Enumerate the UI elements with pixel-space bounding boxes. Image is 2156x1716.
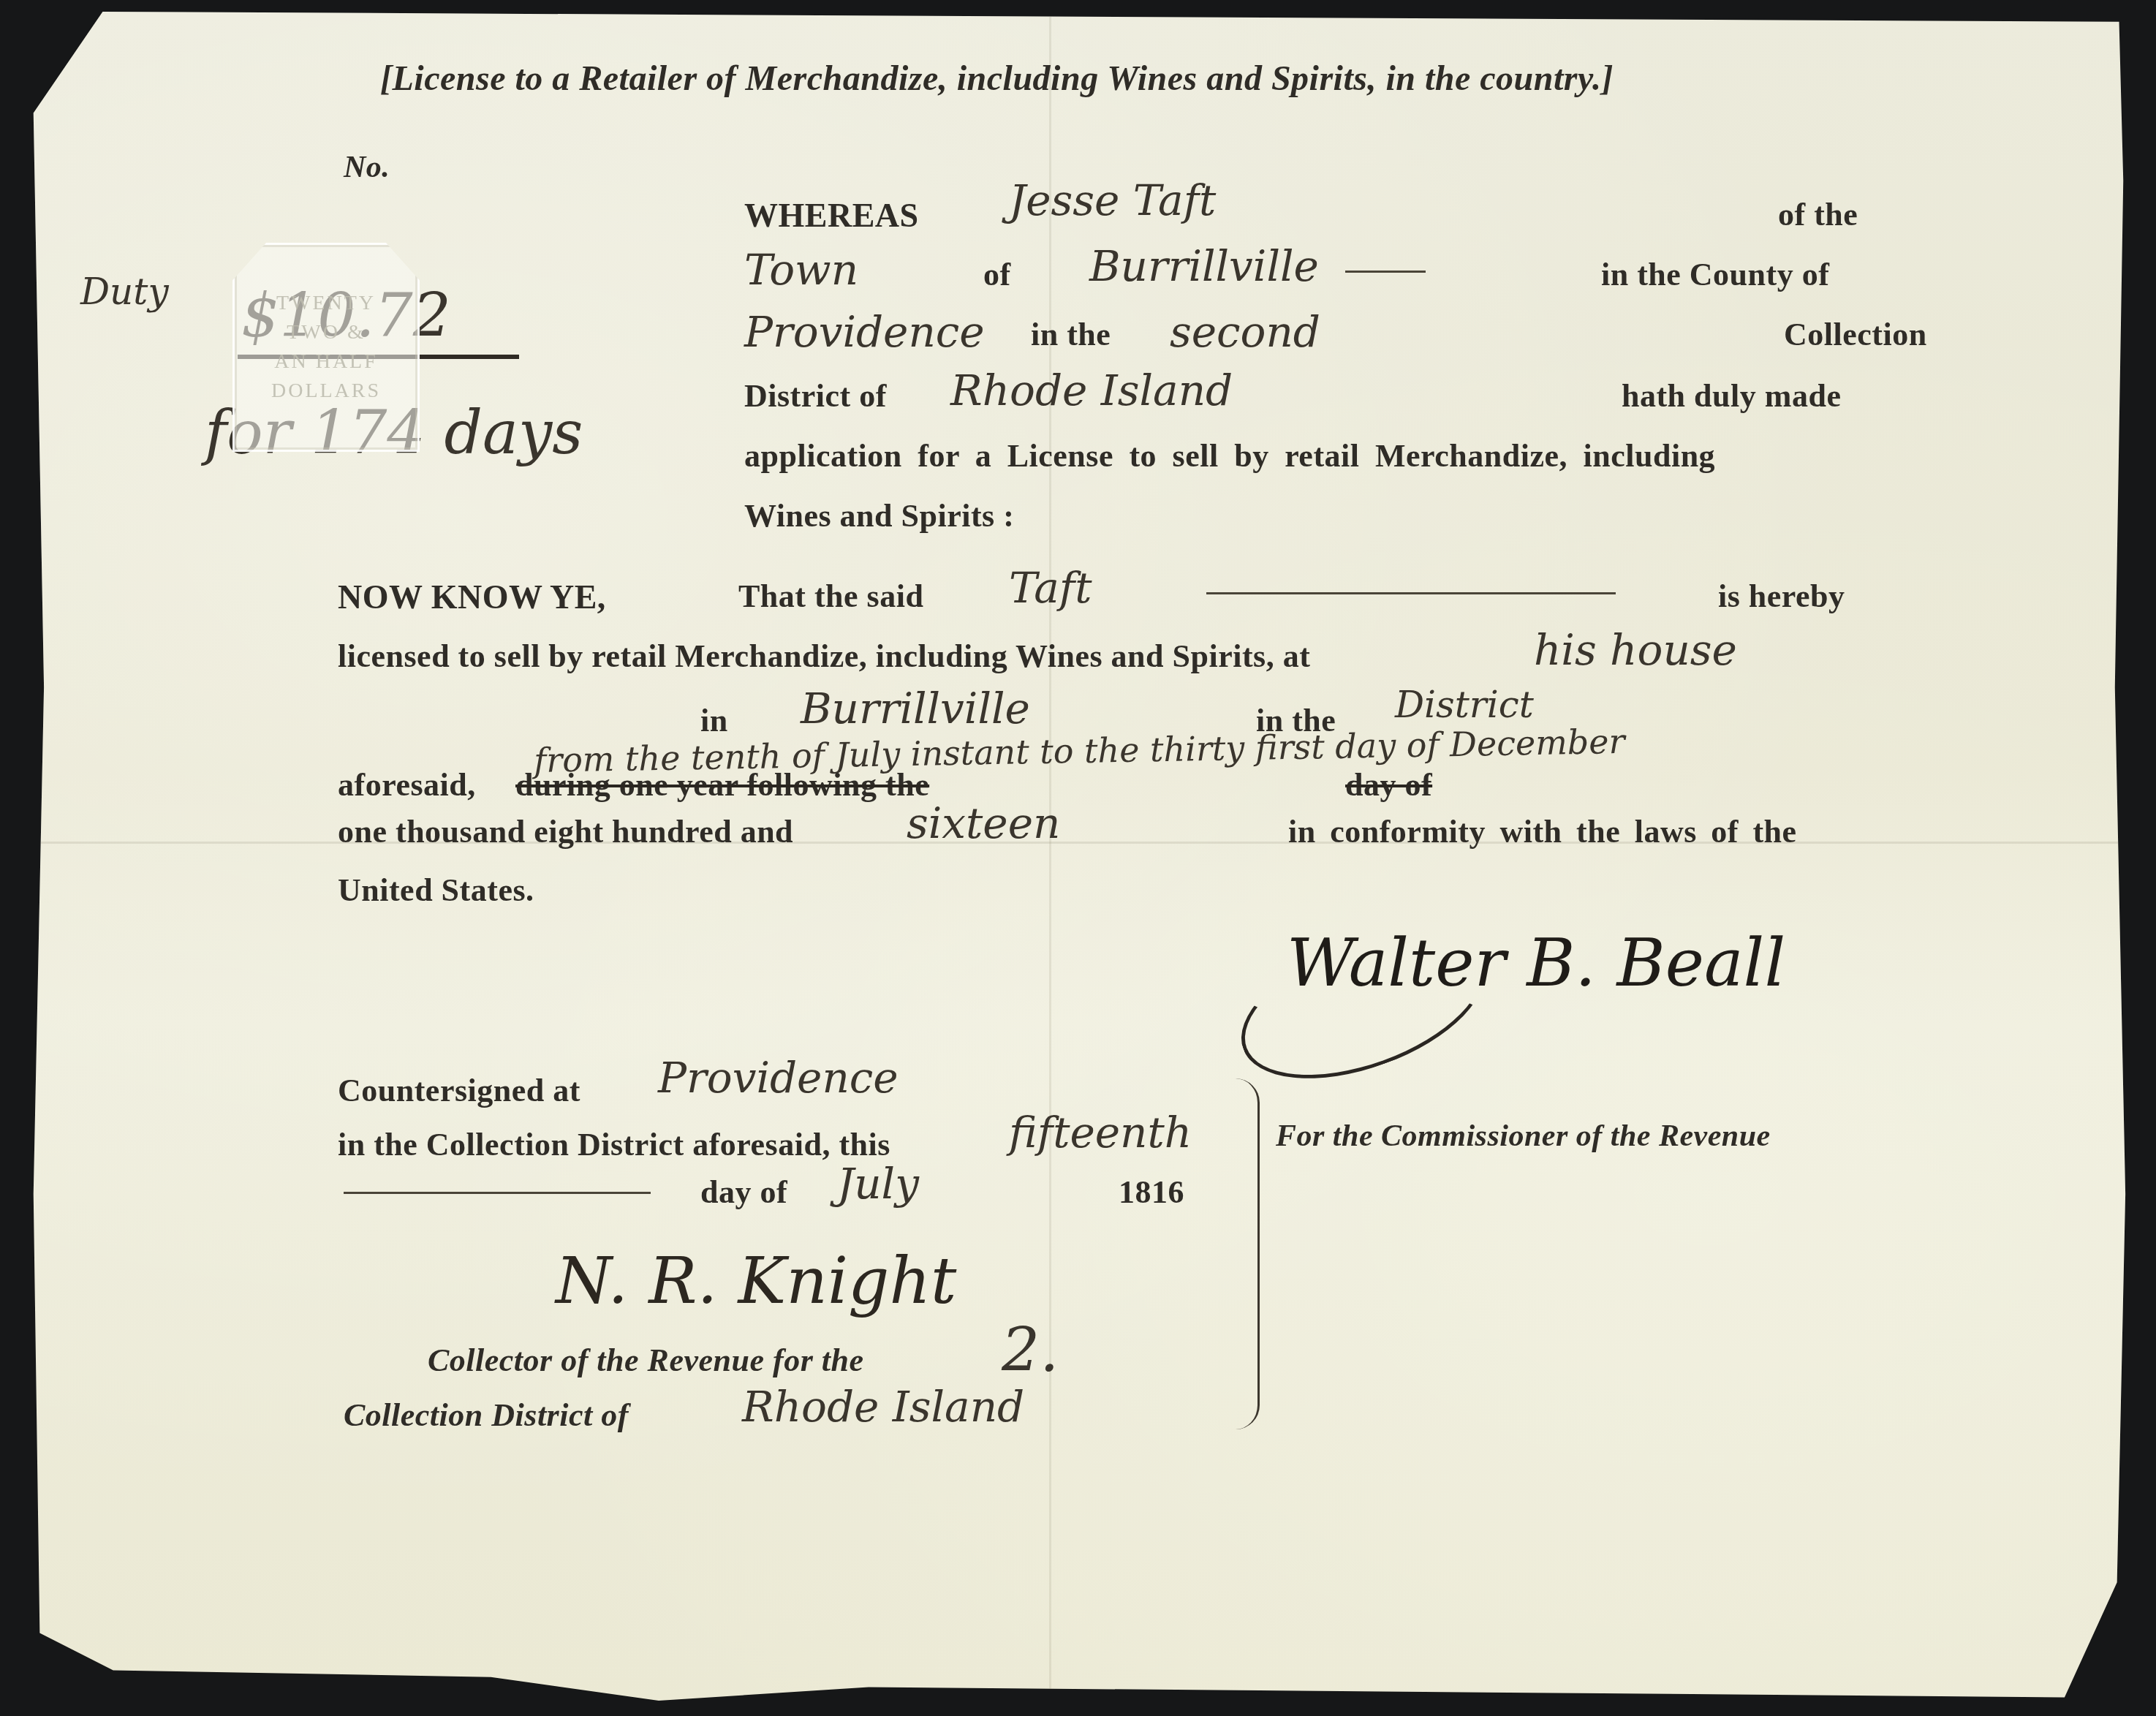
district-name: Rhode Island: [950, 366, 1233, 415]
fill-line: [344, 1192, 651, 1194]
district-word: District: [1395, 684, 1534, 726]
document-title: [License to a Retailer of Merchandize, i…: [380, 58, 1614, 99]
embossed-revenue-stamp: TWENTY TWO & AN HALF DOLLARS: [232, 243, 420, 452]
location-town: Burrillville: [801, 684, 1030, 733]
countersigned-at-text: Countersigned at: [338, 1072, 580, 1109]
collector-district: Rhode Island: [742, 1382, 1024, 1432]
hath-made-text: hath duly made: [1622, 377, 1841, 415]
licensee-short-name: Taft: [1009, 563, 1092, 613]
town-label: Town: [744, 245, 858, 295]
collector-line: Collector of the Revenue for the: [428, 1342, 864, 1379]
of-text: of: [983, 256, 1011, 293]
fill-line: [1345, 271, 1426, 273]
collection-ordinal: second: [1170, 307, 1320, 357]
collection-district-label: Collection District of: [344, 1396, 629, 1434]
collector-signature: N. R. Knight: [556, 1243, 956, 1318]
in-text: in: [700, 702, 728, 739]
year-line: one thousand eight hundred and: [338, 813, 793, 850]
town-name: Burrillville: [1089, 241, 1319, 291]
countersign-year: 1816: [1119, 1173, 1184, 1211]
countersign-place: Providence: [658, 1053, 899, 1103]
district-label: District of: [744, 377, 887, 415]
collection-label: Collection: [1784, 316, 1927, 353]
licensee-name: Jesse Taft: [1009, 175, 1216, 225]
aforesaid-text: aforesaid,: [338, 766, 476, 804]
bracket-divider: [1236, 1078, 1260, 1429]
commissioner-label: For the Commissioner of the Revenue: [1276, 1119, 1771, 1154]
year-word: sixteen: [907, 798, 1060, 848]
county-name: Providence: [744, 307, 985, 357]
fill-line: [1206, 592, 1616, 594]
collector-ordinal: 2.: [1002, 1316, 1059, 1386]
is-hereby-text: is hereby: [1718, 578, 1845, 615]
license-location: his house: [1534, 625, 1737, 675]
struck-term-text: during one year following the: [515, 766, 929, 804]
countersign-day: fifteenth: [1009, 1108, 1192, 1157]
district-aforesaid-text: in the Collection District aforesaid, th…: [338, 1126, 890, 1163]
whereas-label: WHEREAS: [744, 196, 919, 235]
day-of-text: day of: [700, 1173, 787, 1211]
stamp-line: TWO &: [287, 318, 366, 347]
application-line: application for a License to sell by ret…: [744, 437, 1715, 475]
of-the-text: of the: [1778, 196, 1858, 233]
struck-day-of-text: day of: [1345, 766, 1432, 804]
united-states-text: United States.: [338, 872, 534, 909]
number-label: No.: [344, 150, 390, 185]
commissioner-signature: Walter B. Beall: [1287, 925, 1785, 1002]
now-know-ye-label: NOW KNOW YE,: [338, 578, 606, 616]
countersign-month: July: [837, 1159, 919, 1209]
that-the-said-text: That the said: [738, 578, 923, 615]
duty-label: Duty: [80, 271, 169, 313]
stamp-line: AN HALF: [274, 347, 378, 377]
stamp-line: DOLLARS: [271, 377, 381, 406]
in-the-text: in the: [1031, 316, 1111, 353]
conformity-text: in conformity with the laws of the: [1288, 813, 1797, 850]
licensed-line: licensed to sell by retail Merchandize, …: [338, 638, 1310, 675]
fold-crease-vertical: [1049, 12, 1051, 1701]
county-label: in the County of: [1601, 256, 1829, 293]
stamp-line: TWENTY: [276, 289, 376, 318]
wines-line: Wines and Spirits :: [744, 497, 1014, 534]
